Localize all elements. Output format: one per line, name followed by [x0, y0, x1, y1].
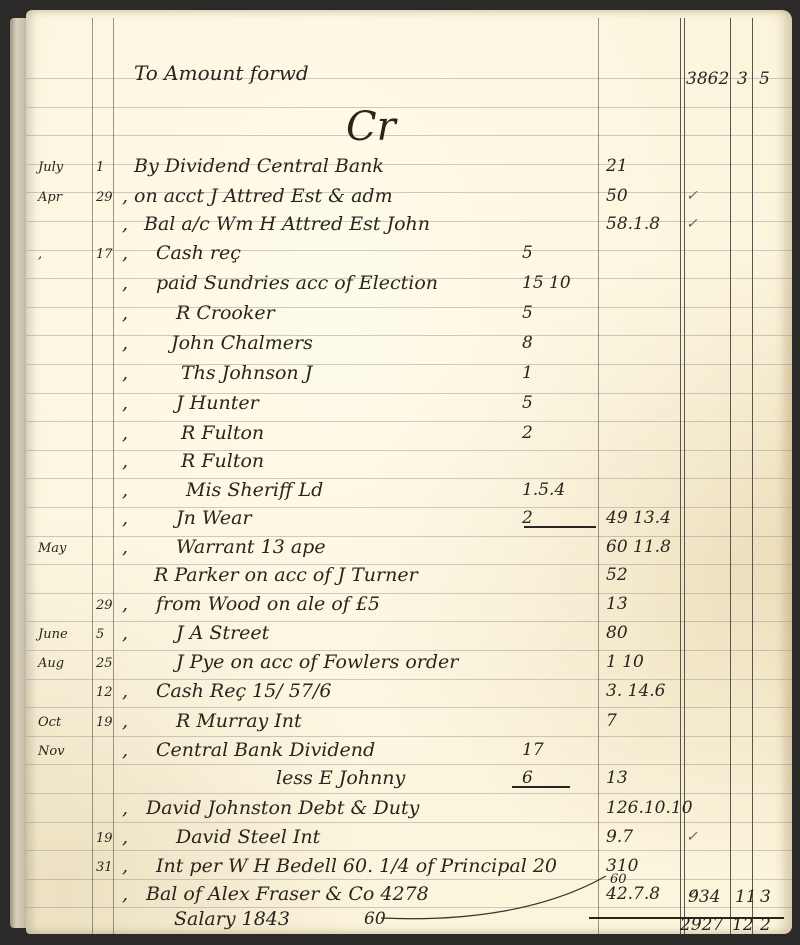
- entry-description: on acct J Attred Est & adm: [134, 185, 393, 207]
- entry-amount: 13: [606, 593, 628, 615]
- entry-amount: 13: [606, 767, 628, 789]
- entry-day: 19: [96, 712, 113, 734]
- total-pence-2: 2: [760, 914, 771, 934]
- entry-description: less E Johnny: [276, 767, 405, 789]
- entry-description: John Chalmers: [171, 332, 313, 354]
- entry-description: J Pye on acc of Fowlers order: [176, 651, 458, 673]
- ruled-line: [26, 250, 792, 251]
- ruled-line: [26, 364, 792, 365]
- ruled-line: [26, 450, 792, 451]
- entry-description: Ths Johnson J: [181, 362, 312, 384]
- entry-inner-amount: 1: [522, 362, 533, 384]
- entry-month: Nov: [38, 741, 65, 763]
- entry-amount: 50: [606, 185, 628, 207]
- ruled-line: [26, 135, 792, 136]
- entry-ditto-mark: ,: [122, 739, 128, 761]
- entry-ditto-mark: ,: [122, 536, 128, 558]
- entry-month: Oct: [38, 712, 61, 734]
- entry-check-mark: ✓: [686, 185, 698, 207]
- ruled-line: [26, 593, 792, 594]
- ruled-line: [26, 421, 792, 422]
- entry-day: 17: [96, 244, 113, 266]
- ruled-line: [26, 478, 792, 479]
- credit-section-mark: Cr: [346, 106, 396, 148]
- entry-amount: 60 11.8: [606, 536, 671, 558]
- entry-description: Mis Sheriff Ld: [186, 479, 323, 501]
- total-pounds-1: 934: [688, 886, 720, 908]
- entry-day: 31: [96, 857, 113, 879]
- day-column-rule: [113, 18, 114, 934]
- ruled-line: [26, 507, 792, 508]
- entry-ditto-mark: ,: [122, 242, 128, 264]
- shillings-column-rule: [730, 18, 731, 934]
- entry-ditto-mark: ,: [122, 272, 128, 294]
- entry-inner-amount: 8: [522, 332, 533, 354]
- total-shillings-1: 11: [735, 886, 757, 908]
- entry-month: June: [38, 624, 68, 646]
- entry-inner-amount: 5: [522, 302, 533, 324]
- ruled-line: [26, 679, 792, 680]
- carried-forward-shillings: 3: [737, 68, 748, 90]
- entry-check-mark: ✓: [686, 213, 698, 235]
- entry-description: R Murray Int: [176, 710, 302, 732]
- entry-ditto-mark: ,: [122, 302, 128, 324]
- ruled-line: [26, 307, 792, 308]
- entry-inner-amount: 2: [522, 422, 533, 444]
- ruled-line: [26, 707, 792, 708]
- ruled-line: [26, 335, 792, 336]
- entry-description: R Parker on acc of J Turner: [154, 564, 418, 586]
- entry-day: 29: [96, 595, 113, 617]
- ruled-line: [26, 107, 792, 108]
- entry-description: Cash Reç 15/ 57/6: [156, 680, 331, 702]
- entry-ditto-mark: ,: [122, 450, 128, 472]
- carried-forward-pence: 5: [759, 68, 770, 90]
- entry-day: 25: [96, 653, 113, 675]
- entry-amount: 49 13.4: [606, 507, 671, 529]
- entry-ditto-mark: ,: [122, 855, 128, 877]
- entry-ditto-mark: ,: [122, 680, 128, 702]
- entry-amount: 21: [606, 155, 628, 177]
- entry-inner-amount: 1.5.4: [522, 479, 565, 501]
- inner-amount-rule: [598, 18, 599, 934]
- entry-amount: 58.1.8: [606, 213, 660, 235]
- entry-month: Apr: [38, 187, 62, 209]
- entry-ditto-mark: ,: [122, 883, 128, 905]
- entry-day: 1: [96, 157, 104, 179]
- ruled-line: [26, 822, 792, 823]
- entry-ditto-mark: ,: [122, 362, 128, 384]
- entry-description: By Dividend Central Bank: [134, 155, 384, 177]
- entry-ditto-mark: ,: [122, 332, 128, 354]
- entry-description: Bal a/c Wm H Attred Est John: [144, 213, 430, 235]
- entry-inner-amount: 5: [522, 242, 533, 264]
- entry-ditto-mark: ,: [122, 213, 128, 235]
- entry-description: R Fulton: [181, 450, 264, 472]
- entry-ditto-mark: ,: [122, 710, 128, 732]
- entry-inner-amount: 5: [522, 392, 533, 414]
- entry-description: David Steel Int: [176, 826, 320, 848]
- total-pence-1: 3: [760, 886, 771, 908]
- entry-amount: 126.10.10: [606, 797, 693, 819]
- entry-amount: 80: [606, 622, 628, 644]
- entry-month: ,: [38, 244, 42, 266]
- entry-day: 29: [96, 187, 113, 209]
- entry-description: Cash reç: [156, 242, 241, 264]
- entry-amount: 7: [606, 710, 617, 732]
- entry-description: J Hunter: [176, 392, 259, 414]
- entry-amount: 52: [606, 564, 628, 586]
- entry-check-mark: ✓: [686, 826, 698, 848]
- entry-ditto-mark: ,: [122, 797, 128, 819]
- entry-month: July: [38, 157, 63, 179]
- entry-description: Warrant 13 ape: [176, 536, 326, 558]
- entry-description: J A Street: [176, 622, 269, 644]
- entry-day: 19: [96, 828, 113, 850]
- entry-ditto-mark: ,: [122, 622, 128, 644]
- entry-description: Central Bank Dividend: [156, 739, 375, 761]
- subtotal-underline: [524, 526, 596, 528]
- ruled-line: [26, 736, 792, 737]
- entry-amount: 9.7: [606, 826, 633, 848]
- entry-ditto-mark: ,: [122, 392, 128, 414]
- ledger-page: To Amount forwd 3862 3 5 Cr July1By Divi…: [26, 10, 792, 934]
- ruled-line: [26, 850, 792, 851]
- entry-description: paid Sundries acc of Election: [156, 272, 438, 294]
- entry-description: David Johnston Debt & Duty: [146, 797, 419, 819]
- ruled-line: [26, 393, 792, 394]
- entry-month: May: [38, 538, 66, 560]
- entry-description: R Crooker: [176, 302, 275, 324]
- entry-amount: 3. 14.6: [606, 680, 665, 702]
- entry-description: Jn Wear: [176, 507, 252, 529]
- dividend-underline: [512, 786, 570, 788]
- bracket-curve: [376, 870, 616, 930]
- entry-ditto-mark: ,: [122, 479, 128, 501]
- entry-ditto-mark: ,: [122, 507, 128, 529]
- entry-inner-amount: 17: [522, 739, 544, 761]
- entry-description: from Wood on ale of £5: [156, 593, 380, 615]
- total-shillings-2: 12: [732, 914, 754, 934]
- pence-column-rule: [752, 18, 753, 934]
- entry-ditto-mark: ,: [122, 593, 128, 615]
- entry-month: Aug: [38, 653, 64, 675]
- entry-ditto-mark: ,: [122, 826, 128, 848]
- entry-ditto-mark: ,: [122, 422, 128, 444]
- total-pounds-2: 2927: [680, 914, 723, 934]
- entry-description: R Fulton: [181, 422, 264, 444]
- ruled-line: [26, 764, 792, 765]
- entry-day: 12: [96, 682, 113, 704]
- entry-day: 5: [96, 624, 104, 646]
- ruled-line: [26, 536, 792, 537]
- entry-inner-amount: 15 10: [522, 272, 571, 294]
- ruled-line: [26, 793, 792, 794]
- carried-forward-label: To Amount forwd: [134, 62, 309, 84]
- salary-line-text: Salary 1843: [174, 908, 290, 930]
- entry-amount: 1 10: [606, 651, 644, 673]
- carried-forward-pounds: 3862: [686, 68, 729, 90]
- entry-ditto-mark: ,: [122, 185, 128, 207]
- ruled-line: [26, 621, 792, 622]
- month-column-rule: [92, 18, 93, 934]
